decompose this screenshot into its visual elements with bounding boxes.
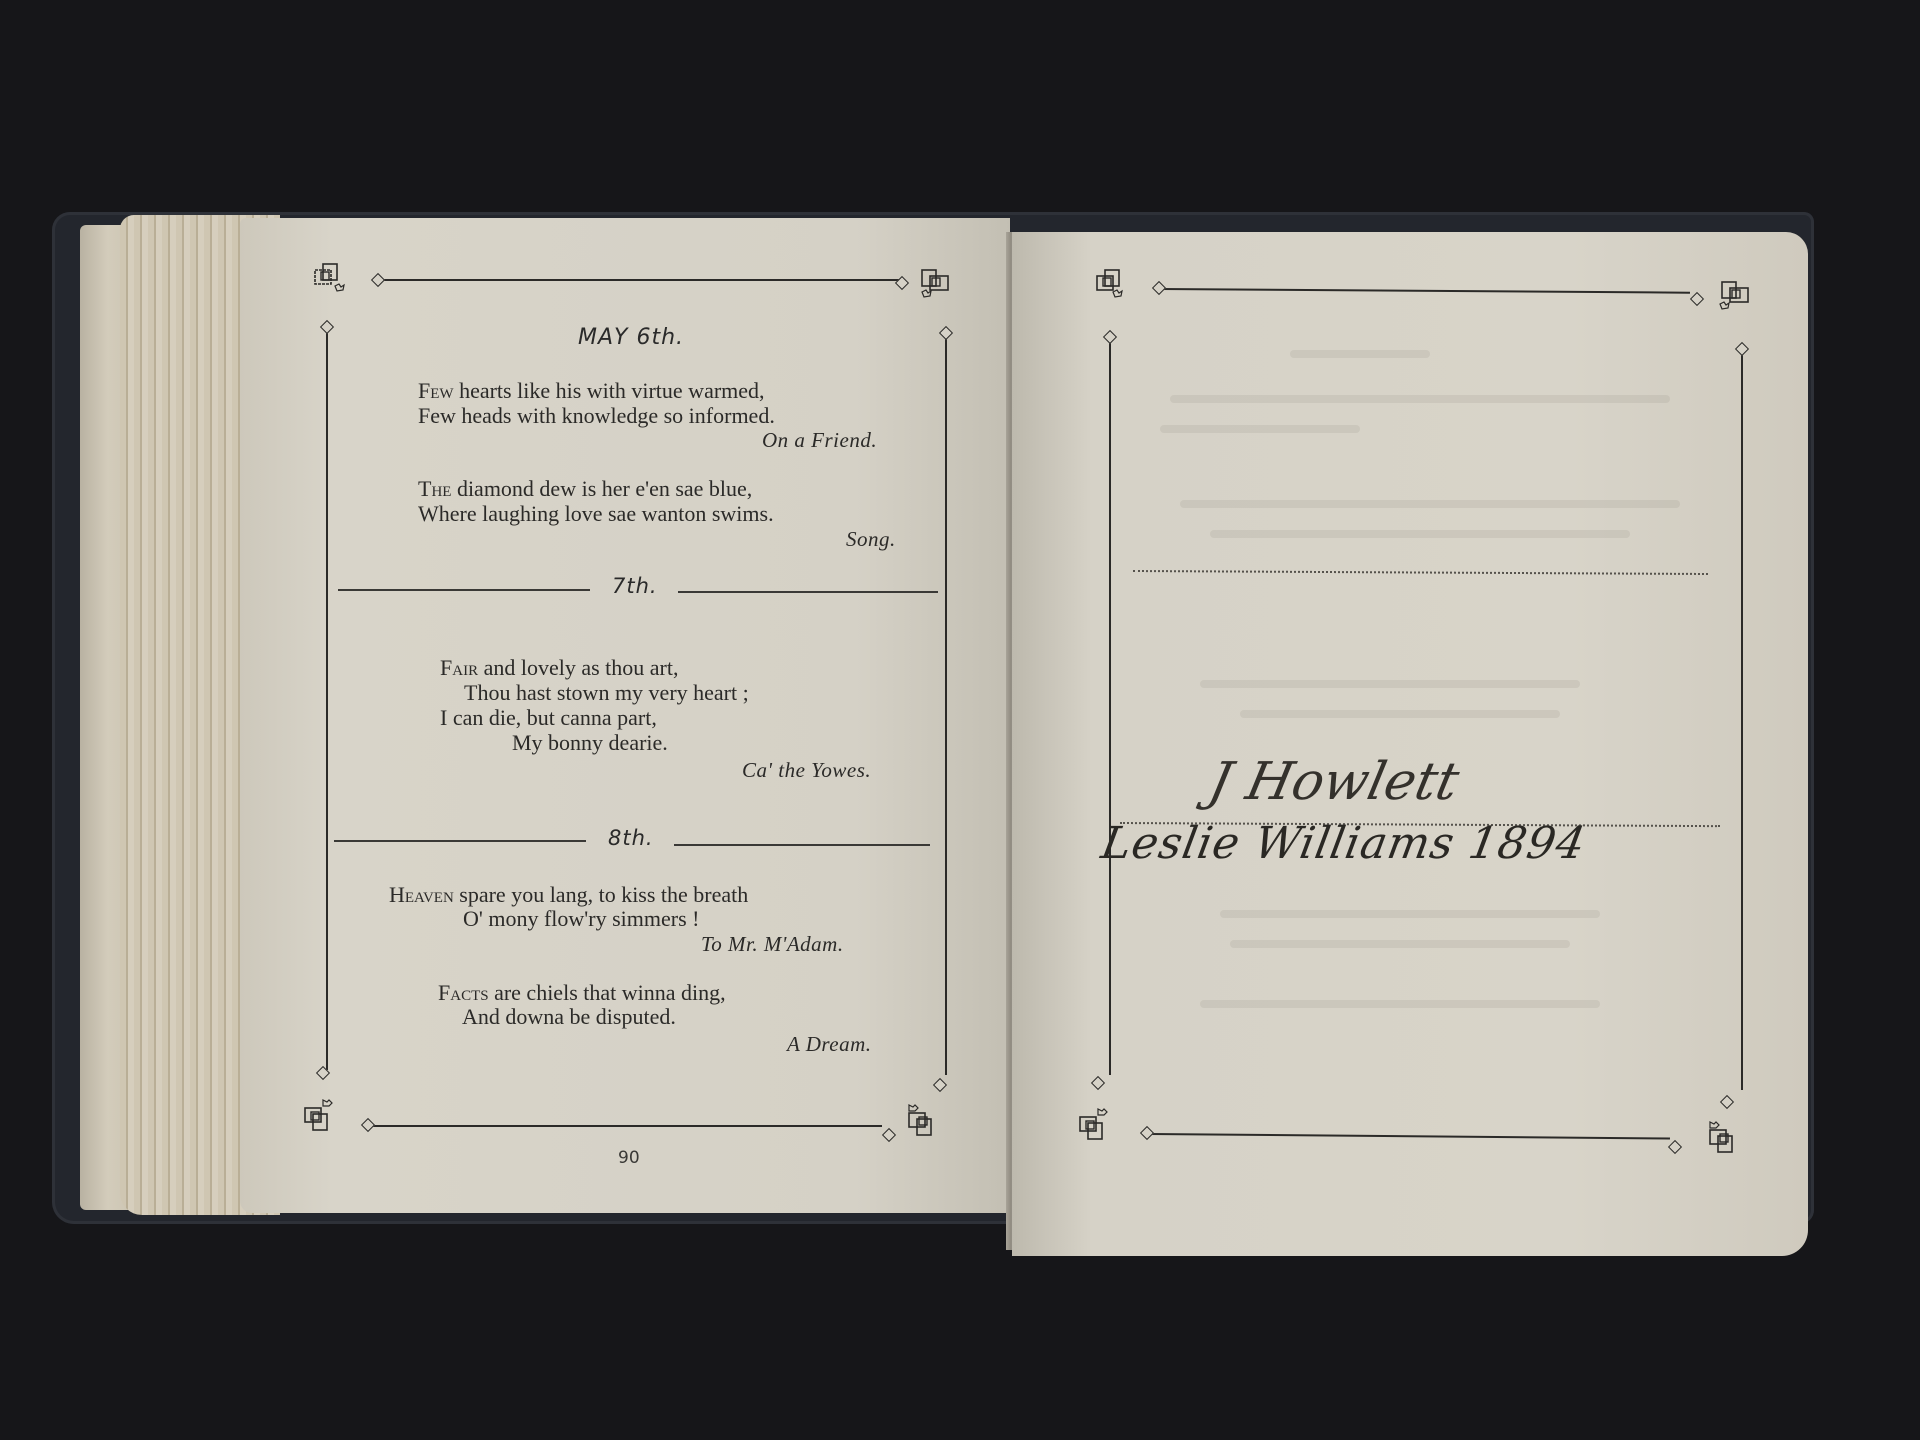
right-page <box>1012 232 1808 1256</box>
quote-line: Few heads with knowledge so informed. <box>418 403 775 428</box>
corner-ornament-icon <box>303 1098 337 1132</box>
page-number: 90 <box>618 1148 640 1168</box>
quote-line: I can die, but canna part, <box>440 705 657 730</box>
section-divider <box>338 589 590 591</box>
signature-upper: J Howlett <box>1204 752 1465 812</box>
show-through-text <box>1220 910 1600 918</box>
quote-source: On a Friend. <box>762 428 877 453</box>
quote-source: Song. <box>846 527 896 552</box>
quote-lead-word: Fair <box>440 655 478 680</box>
show-through-text <box>1160 425 1360 433</box>
corner-ornament-icon <box>313 262 347 296</box>
show-through-text <box>1200 1000 1600 1008</box>
corner-ornament-icon <box>1095 268 1129 302</box>
corner-ornament-icon <box>1718 280 1752 314</box>
quote-lead-word: The <box>418 476 451 501</box>
quote-lead-word: Few <box>418 378 454 403</box>
right-frame-right <box>1741 350 1743 1090</box>
quote-line: Facts are chiels that winna ding, <box>438 980 726 1005</box>
quote-source: Ca' the Yowes. <box>742 758 871 783</box>
show-through-text <box>1230 940 1570 948</box>
section-divider <box>334 840 586 842</box>
show-through-text <box>1180 500 1680 508</box>
day-heading: 7th. <box>612 574 658 598</box>
quote-line: My bonny dearie. <box>512 730 668 755</box>
section-divider <box>674 844 930 846</box>
left-frame-right <box>945 335 947 1075</box>
quote-line: Where laughing love sae wanton swims. <box>418 501 774 526</box>
corner-ornament-icon <box>1078 1107 1112 1141</box>
left-frame-top <box>380 279 900 281</box>
quote-source: To Mr. M'Adam. <box>701 932 844 957</box>
left-frame-left <box>326 330 328 1070</box>
quote-line: And downa be disputed. <box>462 1004 676 1029</box>
quote-lead-word: Facts <box>438 980 489 1005</box>
show-through-text <box>1290 350 1430 358</box>
quote-lead-word: Heaven <box>389 882 454 907</box>
quote-line: Thou hast stown my very heart ; <box>464 680 749 705</box>
section-divider <box>678 591 938 593</box>
quote-line: The diamond dew is her e'en sae blue, <box>418 476 752 501</box>
corner-ornament-icon <box>905 1103 939 1137</box>
quote-line: Fair and lovely as thou art, <box>440 655 678 680</box>
corner-ornament-icon <box>918 268 952 302</box>
corner-ornament-icon <box>1706 1120 1740 1154</box>
signature-lower: Leslie Williams 1894 <box>1098 818 1590 869</box>
quote-line: Few hearts like his with virtue warmed, <box>418 378 765 403</box>
page-heading: MAY 6th. <box>578 325 684 350</box>
quote-line: O' mony flow'ry simmers ! <box>463 906 699 931</box>
show-through-text <box>1210 530 1630 538</box>
left-frame-bottom <box>372 1125 882 1127</box>
quote-source: A Dream. <box>787 1032 872 1057</box>
quote-line: Heaven spare you lang, to kiss the breat… <box>389 882 748 907</box>
show-through-text <box>1240 710 1560 718</box>
show-through-text <box>1170 395 1670 403</box>
day-heading: 8th. <box>608 826 654 850</box>
right-frame-left <box>1109 340 1111 1075</box>
show-through-text <box>1200 680 1580 688</box>
